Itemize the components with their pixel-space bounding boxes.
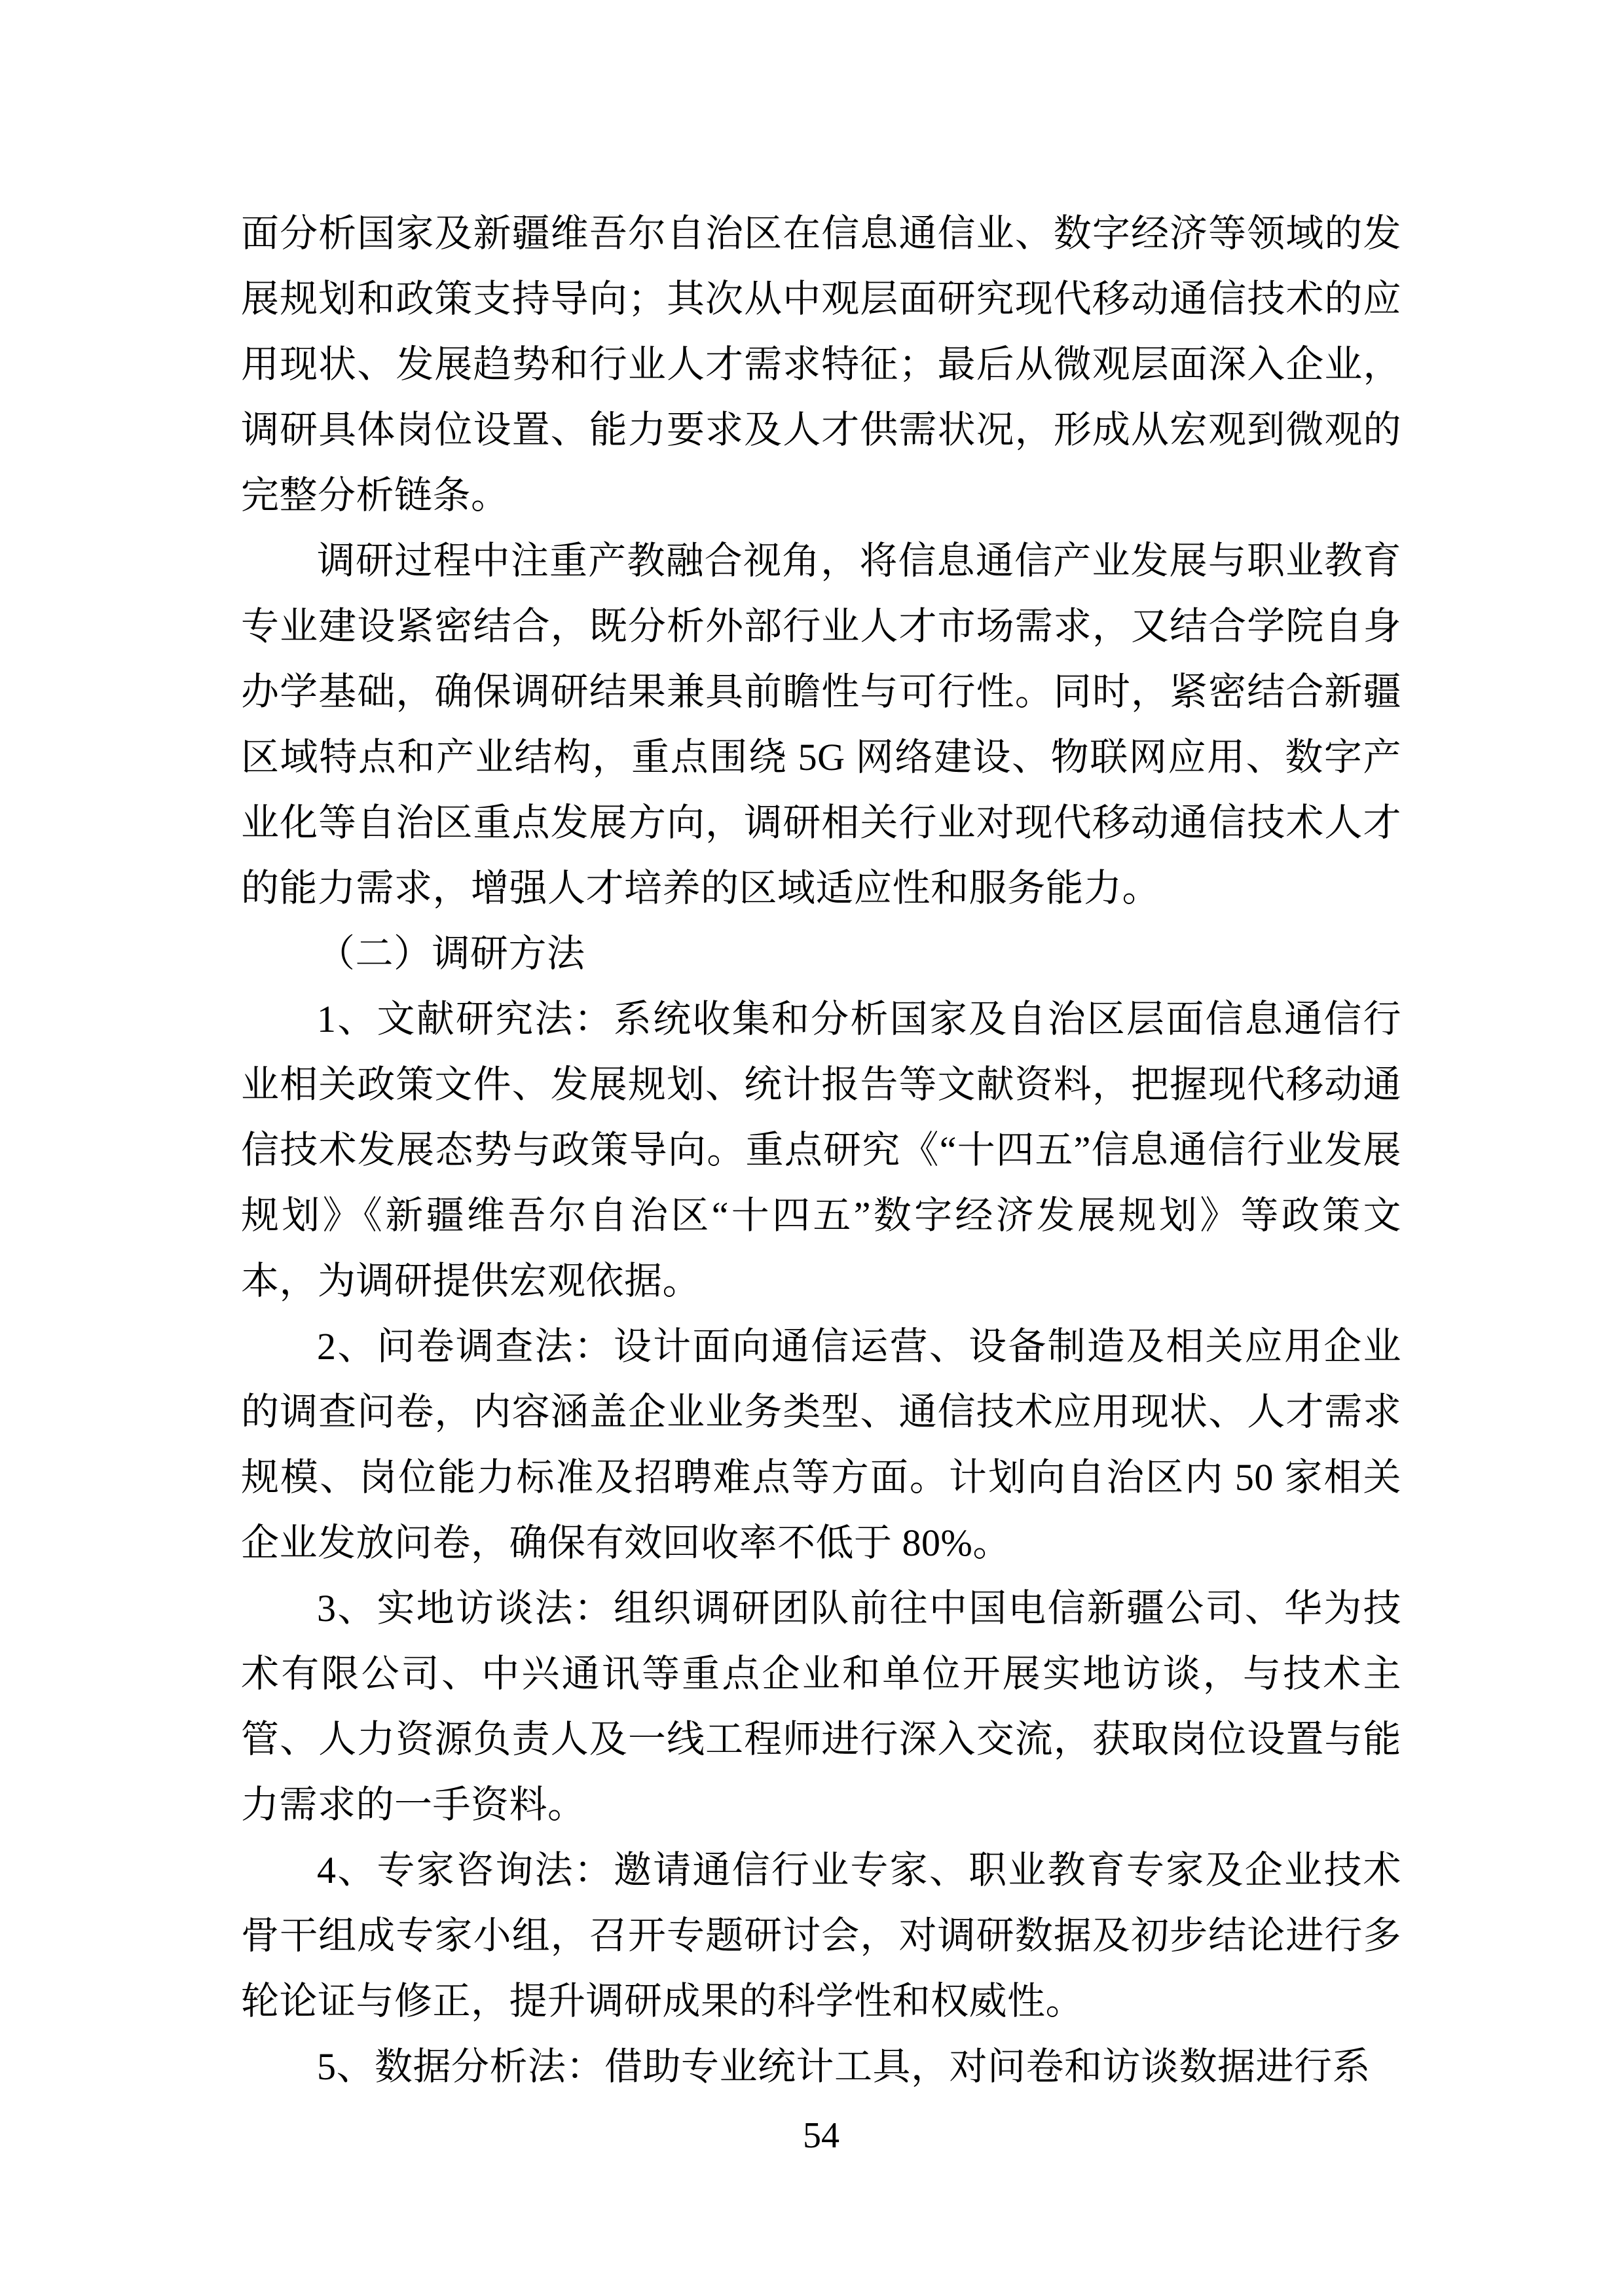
method-item-field-interview: 3、实地访谈法：组织调研团队前往中国电信新疆公司、华为技术有限公司、中兴通讯等重… [241,1576,1401,1838]
method-item-questionnaire-survey: 2、问卷调查法：设计面向通信运营、设备制造及相关应用企业的调查问卷，内容涵盖企业… [241,1314,1401,1576]
body-text-block: 面分析国家及新疆维吾尔自治区在信息通信业、数字经济等领域的发展规划和政策支持导向… [241,201,1401,2100]
method-item-data-analysis: 5、数据分析法：借助专业统计工具，对问卷和访谈数据进行系 [241,2034,1401,2100]
section-heading-survey-methods: （二）调研方法 [241,921,1401,987]
method-item-literature-research: 1、文献研究法：系统收集和分析国家及自治区层面信息通信行业相关政策文件、发展规划… [241,987,1401,1314]
paragraph-research-perspective: 调研过程中注重产教融合视角，将信息通信产业发展与职业教育专业建设紧密结合，既分析… [241,528,1401,921]
paragraph-overview-continuation: 面分析国家及新疆维吾尔自治区在信息通信业、数字经济等领域的发展规划和政策支持导向… [241,201,1401,528]
document-page: 面分析国家及新疆维吾尔自治区在信息通信业、数字经济等领域的发展规划和政策支持导向… [0,0,1624,2296]
page-number: 54 [241,2109,1401,2162]
method-item-expert-consultation: 4、专家咨询法：邀请通信行业专家、职业教育专家及企业技术骨干组成专家小组，召开专… [241,1838,1401,2034]
